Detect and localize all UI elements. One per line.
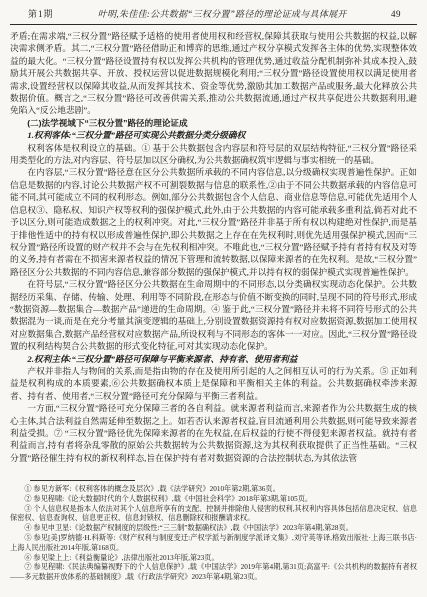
body-paragraph: 在内容层,“三权分置”路径意在区分公共数据所承载的不同内容信息,以分级确权实现普…	[10, 166, 417, 278]
footnotes: ① 参见方新军:《权利客体的概念及层次》,载《法学研究》2010年第2期,第36…	[10, 485, 417, 583]
footnote: ⑤ 参见[美]罗纳德·H.科斯等:《财产权利与制度变迁:产权学派与新制度学派译文…	[10, 534, 417, 554]
footnote: ① 参见方新军:《权利客体的概念及层次》,载《法学研究》2010年第2期,第36…	[10, 485, 417, 495]
body-paragraph: 一方面,“三权分置”路径可充分保障三者的各自利益。就来源者利益而言,来源者作为公…	[10, 402, 417, 464]
subsection-heading: 1.权利客体:“三权分置”路径可实现公共数据分类分级确权	[10, 129, 417, 141]
footnote: ③ 个人信息权是指本人依法对其个人信息所享有的支配、控制并排除他人侵害的权利,其…	[10, 505, 417, 525]
body-paragraph: 权利客体是权利设立的基础。① 基于公共数据包含内容层和符号层的双层结构特征,“三…	[10, 142, 417, 167]
body-paragraph: 在符号层,“三权分置”路径区分公共数据在生命周期中的不同形态,以分类确权实现动态…	[10, 278, 417, 352]
running-title: 叶明,朱佳佳:公共数据“三权分置”路径的理论证成与具体展开	[98, 7, 347, 20]
section-heading: (二)法学视域下“三权分置”路径的理论证成	[10, 117, 417, 129]
issue-number: 第1期	[28, 7, 54, 20]
footnote: ② 参见程啸:《论大数据时代的个人数据权利》,载《中国社会科学》2018年第3期…	[10, 495, 417, 505]
footnote: ⑦ 参见程啸:《民法典编纂视野下的个人信息保护》,载《中国法学》2019年第4期…	[10, 563, 417, 583]
article-body: 矛盾;在需求端,“三权分置”路径赋予适格的使用者使用权和经营权,保障其获取与使用…	[10, 30, 417, 476]
body-paragraph: 产权并非指人与物间的关系,而是指由物的存在及使用所引起的人之间相互认可的行为关系…	[10, 365, 417, 402]
page-header: 第1期 叶明,朱佳佳:公共数据“三权分置”路径的理论证成与具体展开 49	[10, 7, 417, 20]
footnote: ④ 参见申卫星:《论数据产权制度的层级性:“三三制”数据确权法》,载《中国法学》…	[10, 524, 417, 534]
header-rule	[10, 24, 417, 25]
journal-page: 第1期 叶明,朱佳佳:公共数据“三权分置”路径的理论证成与具体展开 49 矛盾;…	[0, 0, 427, 597]
footnote-rule	[30, 480, 135, 481]
footnote: ⑥ 参见梁上上:《利益衡量论》,法律出版社2013年版,第23页。	[10, 554, 417, 564]
body-paragraph: 矛盾;在需求端,“三权分置”路径赋予适格的使用者使用权和经营权,保障其获取与使用…	[10, 30, 417, 117]
subsection-heading: 2.权利主体:“三权分置”路径可保障与平衡来源者、持有者、使用者利益	[10, 353, 417, 365]
page-number: 49	[391, 9, 401, 19]
